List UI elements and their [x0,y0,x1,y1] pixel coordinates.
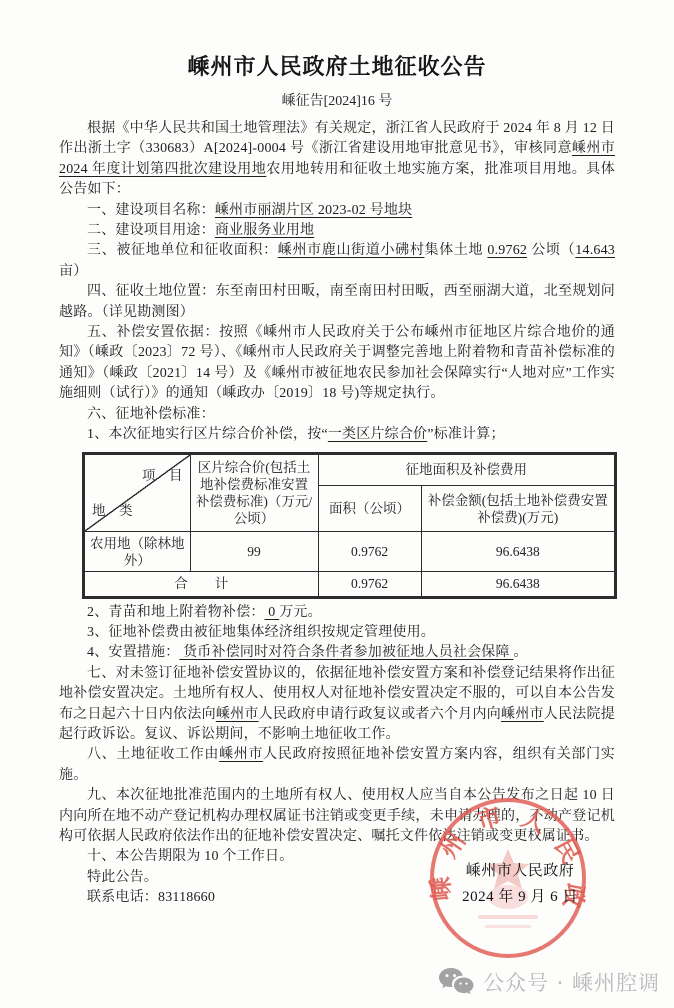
text-segment: 二、建设项目用途： [87,223,215,238]
document-number: 嵊征告[2024]16 号 [0,90,674,110]
underlined-text: 嵊州市 [216,707,259,722]
text-segment: 三、被征地单位和征收面积： [87,243,278,258]
underlined-text: 嵊州市 [501,707,544,722]
document-body: 根据《中华人民共和国土地管理法》有关规定，浙江省人民政府于 2024 年 8 月… [0,119,674,909]
underlined-text: 嵊州市鹿山街道小砩村 [278,243,425,258]
paragraph: 四、征收土地位置：东至南田村田畈，南至南田村田畈，西至丽湖大道，北至规划问越路。… [59,282,615,323]
text-segment: 十、本公告期限为 10 个工作日。 [87,849,293,864]
text-segment: 万元。 [279,605,322,620]
text-segment: 根据《中华人民共和国土地管理法》有关规定，浙江省人民政府于 2024 年 8 月… [59,121,615,156]
table-header-amount: 补偿金额(包括土地补偿费安置补偿费)(万元) [421,486,615,532]
paragraph: 二、建设项目用途：商业服务业用地 [59,221,615,241]
text-segment: 特此公告。 [87,870,158,885]
text-segment: 联系电话：83118660 [87,890,215,905]
table-row: 农用地（除林地外） 99 0.9762 96.6438 [84,532,615,572]
underlined-text: 一类区片综合价 [328,427,427,442]
cell-category: 农用地（除林地外） [84,532,190,572]
table-corner-cell: 项 目 地 类 [84,454,190,532]
compensation-table: 项 目 地 类 区片综合价(包括土地补偿费标准安置补偿费标准)（万元/公顷） 征… [83,453,616,598]
account-label: 公众号 · 嵊州腔调 [483,967,660,997]
paragraph: 九、本次征地批准范围内的土地所有权人、使用权人应当自本公告发布之日起 10 日内… [59,786,615,847]
cell-area: 0.9762 [318,532,421,572]
cell-price: 99 [190,532,318,572]
text-segment: 一、建设项目名称： [87,203,215,218]
underlined-text: 嵊州市丽湖片区 2023-02 号地块 [215,203,412,218]
cell-amount: 96.6438 [421,532,615,572]
text-segment: 2、青苗和地上附着物补偿： [87,605,265,620]
text-segment: 八、土地征收工作由 [87,747,219,762]
table-header-group: 征地面积及补偿费用 [318,454,615,486]
table-total-row: 合 计 0.9762 96.6438 [84,572,615,597]
text-segment: ”标准计算； [427,427,504,442]
text-segment: 四、征收土地位置：东至南田村田畈，南至南田村田畈，西至丽湖大道，北至规划问越路。… [59,284,615,319]
document-body-top: 根据《中华人民共和国土地管理法》有关规定，浙江省人民政府于 2024 年 8 月… [59,119,615,446]
underlined-text: 0 [265,605,280,620]
paragraph: 4、安置措施： 货币补偿同时对符合条件者参加被征地人员社会保障 。 [59,643,615,663]
underlined-text: 嵊州市 [219,747,263,762]
corner-label-landtype: 地 类 [92,502,133,519]
corner-label-project: 项 目 [142,467,183,484]
announcement-document: 嵊州市人民政府土地征收公告 嵊征告[2024]16 号 根据《中华人民共和国土地… [0,0,674,1008]
wechat-icon [438,967,474,997]
underlined-text: 货币补偿同时对符合条件者参加被征地人员社会保障 [179,645,513,660]
table-header-price: 区片综合价(包括土地补偿费标准安置补偿费标准)（万元/公顷） [190,454,318,532]
paragraph: 三、被征地单位和征收面积：嵊州市鹿山街道小砩村集体土地 0.9762 公顷（14… [59,241,615,282]
underlined-text: 14.643 [575,243,615,258]
paragraph: 七、对未签订征地补偿安置协议的，依据征地补偿安置方案和补偿登记结果将作出征地补偿… [59,664,615,746]
table-header-area: 面积（公顷） [318,486,421,532]
account-footer: 公众号 · 嵊州腔调 [438,967,660,997]
paragraph: 1、本次征地实行区片综合价补偿，按“一类区片综合价”标准计算； [59,425,615,445]
text-segment: 人民政府申请行政复议或者六个月内向 [259,707,501,722]
paragraph: 五、补偿安置依据：按照《嵊州市人民政府关于公布嵊州市征地区片综合地价的通知》（嵊… [59,323,615,405]
cell-total-area: 0.9762 [318,572,421,597]
text-segment: 1、本次征地实行区片综合价补偿，按“ [87,427,328,442]
paragraph: 3、征地补偿费由被征地集体经济组织按规定管理使用。 [59,623,615,643]
text-segment: 公顷（ [527,243,575,258]
text-segment: 。 [513,645,527,660]
underlined-text: 0.9762 [487,243,527,258]
text-segment: 六、征地补偿标准： [87,407,215,422]
text-segment: 4、安置措施： [87,645,179,660]
issuer-name: 嵊州市人民政府 [444,858,596,884]
text-segment: 九、本次征地批准范围内的土地所有权人、使用权人应当自本公告发布之日起 10 日内… [59,788,615,844]
paragraph: 六、征地补偿标准： [59,405,615,425]
text-segment: 五、补偿安置依据：按照《嵊州市人民政府关于公布嵊州市征地区片综合地价的通知》（嵊… [59,325,615,401]
underlined-text: 商业服务业用地 [215,223,314,238]
paragraph: 2、青苗和地上附着物补偿： 0 万元。 [59,603,615,623]
cell-total-label: 合 计 [84,572,318,597]
signature-block: 嵊州市人民政府 2024 年 9 月 6 日 [444,858,596,910]
paragraph: 八、土地征收工作由嵊州市人民政府按照征地补偿安置方案内容，组织有关部门实施。 [59,745,615,786]
paragraph: 一、建设项目名称：嵊州市丽湖片区 2023-02 号地块 [59,201,615,221]
issue-date: 2024 年 9 月 6 日 [444,884,596,910]
paragraph: 根据《中华人民共和国土地管理法》有关规定，浙江省人民政府于 2024 年 8 月… [59,119,615,201]
page-title: 嵊州市人民政府土地征收公告 [0,0,674,81]
text-segment: 集体土地 [425,243,488,258]
text-segment: 3、征地补偿费由被征地集体经济组织按规定管理使用。 [87,625,435,640]
cell-total-amount: 96.6438 [421,572,615,597]
